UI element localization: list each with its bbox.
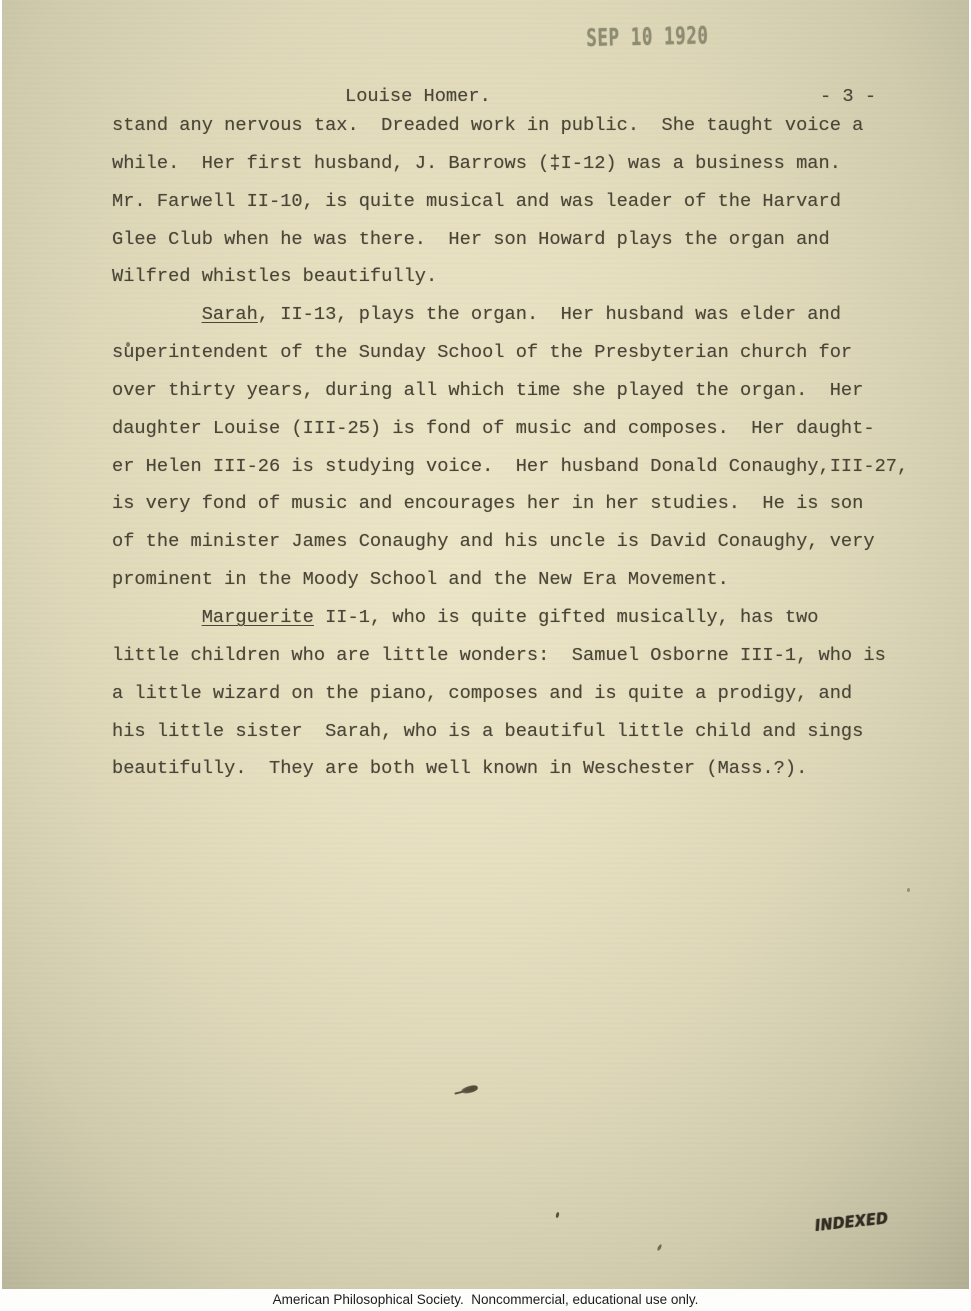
text-segment: , II-13, plays the organ. Her husband wa… bbox=[258, 303, 841, 325]
ink-speck bbox=[657, 1244, 663, 1252]
typed-body: stand any nervous tax. Dreaded work in p… bbox=[112, 107, 942, 788]
attribution-text: American Philosophical Society. Noncomme… bbox=[273, 1292, 699, 1307]
typed-line: Glee Club when he was there. Her son How… bbox=[112, 221, 942, 259]
text-segment: Mr. Farwell II-10, is quite musical and … bbox=[112, 190, 841, 212]
typed-line: prominent in the Moody School and the Ne… bbox=[112, 561, 942, 599]
indexed-stamp: INDEXED bbox=[814, 1208, 889, 1235]
text-segment: prominent in the Moody School and the Ne… bbox=[112, 568, 729, 590]
page-title: Louise Homer. bbox=[345, 85, 491, 107]
typed-line: while. Her first husband, J. Barrows (‡I… bbox=[112, 145, 942, 183]
typed-line: beautifully. They are both well known in… bbox=[112, 750, 942, 788]
text-segment: while. Her first husband, J. Barrows (‡I… bbox=[112, 152, 841, 174]
text-segment: II-1, who is quite gifted musically, has… bbox=[314, 606, 819, 628]
typed-line: of the minister James Conaughy and his u… bbox=[112, 523, 942, 561]
typed-line: Mr. Farwell II-10, is quite musical and … bbox=[112, 183, 942, 221]
text-segment: superintendent of the Sunday School of t… bbox=[112, 341, 852, 363]
text-segment: over thirty years, during all which time… bbox=[112, 379, 863, 401]
text-segment: beautifully. They are both well known in… bbox=[112, 757, 807, 779]
typed-line: Wilfred whistles beautifully. bbox=[112, 258, 942, 296]
text-segment: a little wizard on the piano, composes a… bbox=[112, 682, 852, 704]
text-segment: Glee Club when he was there. Her son How… bbox=[112, 228, 830, 250]
text-segment: his little sister Sarah, who is a beauti… bbox=[112, 720, 863, 742]
text-segment: little children who are little wonders: … bbox=[112, 644, 886, 666]
typed-line: superintendent of the Sunday School of t… bbox=[112, 334, 942, 372]
typed-line: stand any nervous tax. Dreaded work in p… bbox=[112, 107, 942, 145]
paper-page: SEP 10 1920 Louise Homer. - 3 - stand an… bbox=[2, 0, 969, 1291]
typed-line: Marguerite II-1, who is quite gifted mus… bbox=[112, 599, 942, 637]
ink-speck bbox=[555, 1212, 559, 1219]
ink-speck bbox=[126, 342, 130, 347]
text-segment: Wilfred whistles beautifully. bbox=[112, 265, 437, 287]
typed-line: his little sister Sarah, who is a beauti… bbox=[112, 713, 942, 751]
typed-line: er Helen III-26 is studying voice. Her h… bbox=[112, 448, 942, 486]
underlined-name: Sarah bbox=[202, 303, 258, 325]
text-segment bbox=[112, 606, 202, 628]
typed-line: little children who are little wonders: … bbox=[112, 637, 942, 675]
text-segment: of the minister James Conaughy and his u… bbox=[112, 530, 875, 552]
underlined-name: Marguerite bbox=[202, 606, 314, 628]
typed-line: is very fond of music and encourages her… bbox=[112, 485, 942, 523]
page-number: - 3 - bbox=[820, 85, 876, 107]
date-received-stamp: SEP 10 1920 bbox=[586, 21, 709, 52]
text-segment: er Helen III-26 is studying voice. Her h… bbox=[112, 455, 908, 477]
text-segment: stand any nervous tax. Dreaded work in p… bbox=[112, 114, 863, 136]
text-segment: daughter Louise (III-25) is fond of musi… bbox=[112, 417, 875, 439]
ink-blot-mark bbox=[460, 1084, 478, 1095]
typed-line: over thirty years, during all which time… bbox=[112, 372, 942, 410]
scanned-document: SEP 10 1920 Louise Homer. - 3 - stand an… bbox=[0, 0, 971, 1311]
ink-speck bbox=[907, 888, 910, 892]
typed-line: a little wizard on the piano, composes a… bbox=[112, 675, 942, 713]
text-segment bbox=[112, 303, 202, 325]
text-segment: is very fond of music and encourages her… bbox=[112, 492, 863, 514]
typed-line: daughter Louise (III-25) is fond of musi… bbox=[112, 410, 942, 448]
footer-strip: American Philosophical Society. Noncomme… bbox=[0, 1289, 971, 1311]
typed-line: Sarah, II-13, plays the organ. Her husba… bbox=[112, 296, 942, 334]
